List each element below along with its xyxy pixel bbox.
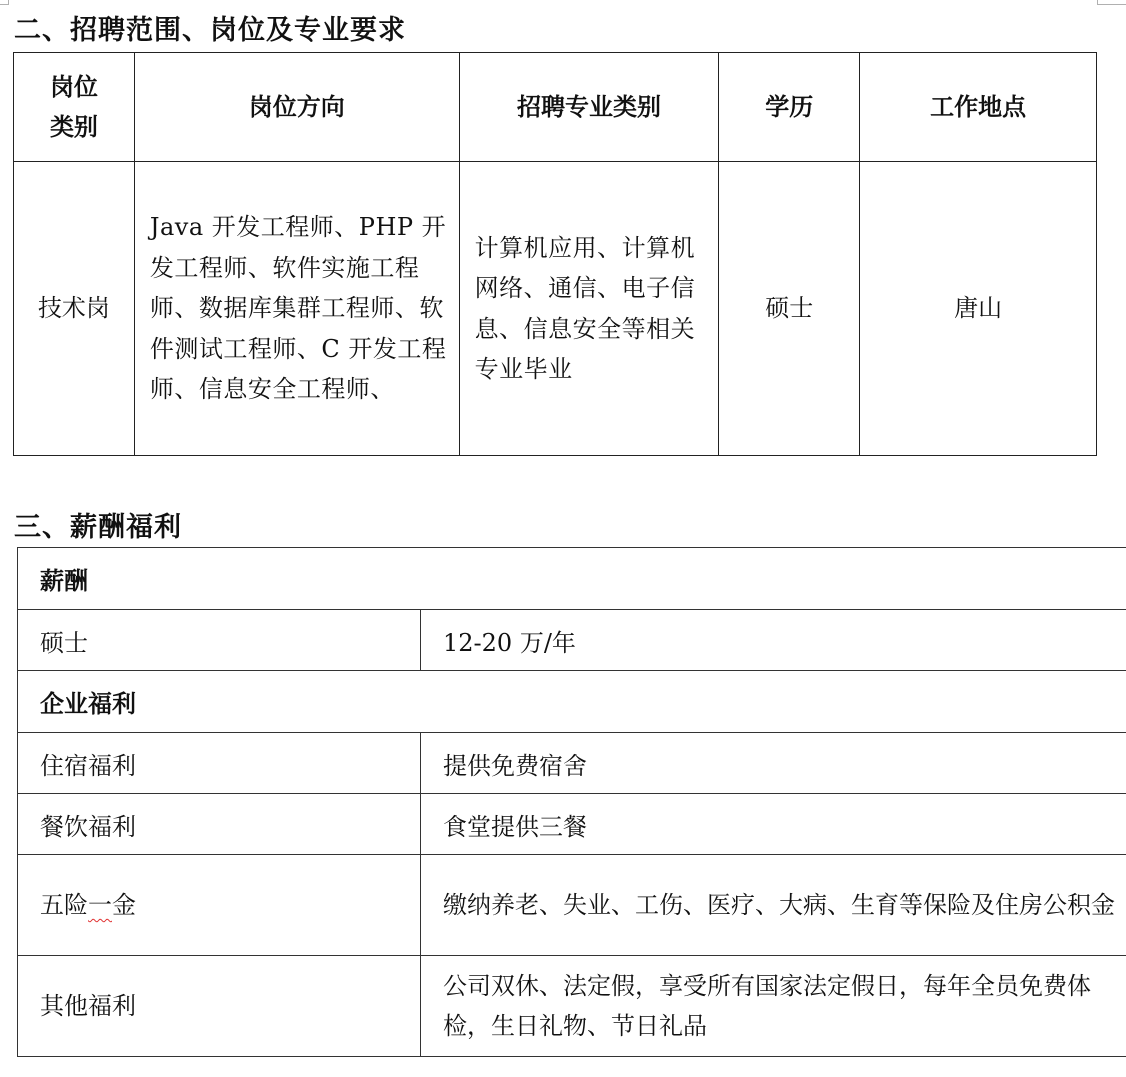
page-corner-mark-right <box>1097 0 1126 5</box>
cell-direction: Java 开发工程师、PHP 开发工程师、软件实施工程师、数据库集群工程师、软件… <box>134 162 459 456</box>
section-heading-compensation: 三、薪酬福利 <box>14 505 182 544</box>
benefit-value: 食堂提供三餐 <box>421 794 1126 855</box>
table-row: 住宿福利 提供免费宿舍 <box>18 733 1126 794</box>
benefit-label: 餐饮福利 <box>18 794 421 855</box>
salary-label: 硕士 <box>18 610 421 671</box>
benefit-value: 提供免费宿舍 <box>421 733 1126 794</box>
table-row: 餐饮福利 食堂提供三餐 <box>18 794 1126 855</box>
benefit-value: 缴纳养老、失业、工伤、医疗、大病、生育等保险及住房公积金 <box>421 855 1126 956</box>
header-category-line2: 类别 <box>50 113 98 141</box>
header-direction: 岗位方向 <box>134 53 459 162</box>
benefit-label: 五险一金 <box>18 855 421 956</box>
header-location: 工作地点 <box>860 53 1097 162</box>
salary-heading: 薪酬 <box>18 548 1126 610</box>
benefit-label-part: 五险 <box>40 891 88 919</box>
table-row: 技术岗 Java 开发工程师、PHP 开发工程师、软件实施工程师、数据库集群工程… <box>14 162 1097 456</box>
cell-location: 唐山 <box>860 162 1097 456</box>
table-row: 其他福利 公司双休、法定假，享受所有国家法定假日，每年全员免费体检，生日礼物、节… <box>18 956 1126 1057</box>
benefits-heading: 企业福利 <box>18 671 1126 733</box>
header-education: 学历 <box>719 53 860 162</box>
cell-education: 硕士 <box>719 162 860 456</box>
header-category-line1: 岗位 <box>50 73 98 101</box>
benefits-heading-row: 企业福利 <box>18 671 1126 733</box>
benefit-value: 公司双休、法定假，享受所有国家法定假日，每年全员免费体检，生日礼物、节日礼品 <box>421 956 1126 1057</box>
table-header-row: 岗位 类别 岗位方向 招聘专业类别 学历 工作地点 <box>14 53 1097 162</box>
table-row: 五险一金 缴纳养老、失业、工伤、医疗、大病、生育等保险及住房公积金 <box>18 855 1126 956</box>
table-row: 硕士 12-20 万/年 <box>18 610 1126 671</box>
benefit-label-part: 金 <box>112 891 136 919</box>
header-category: 岗位 类别 <box>14 53 135 162</box>
recruitment-table: 岗位 类别 岗位方向 招聘专业类别 学历 工作地点 技术岗 Java 开发工程师… <box>13 52 1097 456</box>
spellcheck-underline: 一 <box>88 891 112 919</box>
section-heading-recruitment-scope: 二、招聘范围、岗位及专业要求 <box>14 8 406 47</box>
header-majors: 招聘专业类别 <box>459 53 719 162</box>
salary-heading-row: 薪酬 <box>18 548 1126 610</box>
page-corner-mark-left <box>0 0 9 5</box>
salary-value: 12-20 万/年 <box>421 610 1126 671</box>
cell-majors: 计算机应用、计算机网络、通信、电子信息、信息安全等相关专业毕业 <box>459 162 719 456</box>
benefit-label: 住宿福利 <box>18 733 421 794</box>
compensation-table: 薪酬 硕士 12-20 万/年 企业福利 住宿福利 提供免费宿舍 餐饮福利 食堂… <box>17 547 1126 1057</box>
benefit-label: 其他福利 <box>18 956 421 1057</box>
cell-category: 技术岗 <box>14 162 135 456</box>
